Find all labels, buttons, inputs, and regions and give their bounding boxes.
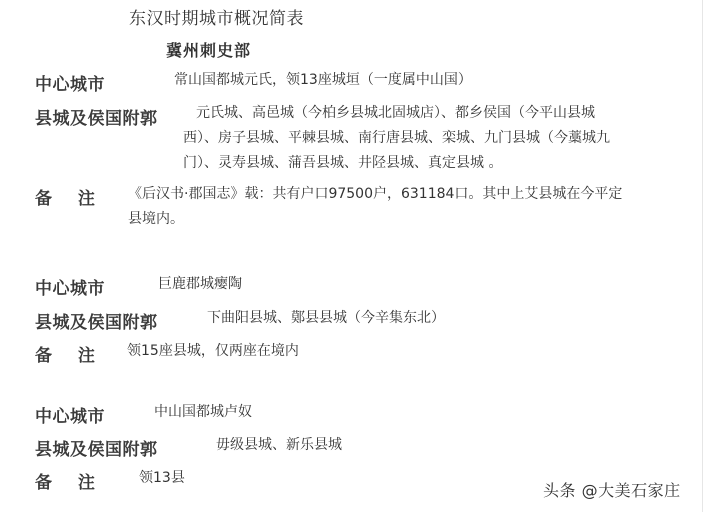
watermark: 头条 @大美石家庄 [543, 478, 681, 501]
center-city-value: 巨鹿郡城瘿陶 [158, 272, 242, 297]
note-label: 备 注 [35, 341, 105, 366]
note-value: 领15座县城，仅两座在境内 [127, 339, 299, 364]
counties-value: 下曲阳县城、鄚县县城（今辛集东北） [207, 306, 445, 331]
note-label: 备 注 [35, 184, 105, 209]
counties-label: 县城及侯国附郭 [35, 308, 158, 333]
center-city-label: 中心城市 [35, 402, 105, 427]
center-city-value: 中山国都城卢奴 [154, 400, 252, 425]
center-city-value: 常山国都城元氏，领13座城垣（一度属中山国） [174, 68, 472, 93]
counties-value: 毋级县城、新乐县城 [216, 433, 342, 458]
center-city-label: 中心城市 [35, 70, 105, 95]
counties-label: 县城及侯国附郭 [35, 435, 158, 460]
counties-label: 县城及侯国附郭 [35, 104, 158, 129]
note-value-line-2: 县境内。 [128, 207, 184, 232]
document-title: 东汉时期城市概况简表 [129, 4, 304, 29]
counties-value-line-3: 门）、灵寿县城、蒲吾县城、井陉县城、真定县城 。 [183, 151, 502, 176]
note-value: 领13县 [139, 466, 185, 491]
counties-value-line-2: 西）、房子县城、平棘县城、南行唐县城、栾城、九门县城（今藁城九 [183, 126, 610, 151]
note-label: 备 注 [35, 468, 105, 493]
right-border [702, 0, 703, 512]
center-city-label: 中心城市 [35, 274, 105, 299]
note-value-line-1: 《后汉书·郡国志》载：共有户口97500户，631184口。其中上艾县城在今平定 [128, 182, 622, 207]
document-subtitle: 冀州刺史部 [166, 38, 251, 61]
counties-value-line-1: 元氏城、高邑城（今柏乡县城北固城店）、都乡侯国（今平山县城 [196, 101, 595, 126]
